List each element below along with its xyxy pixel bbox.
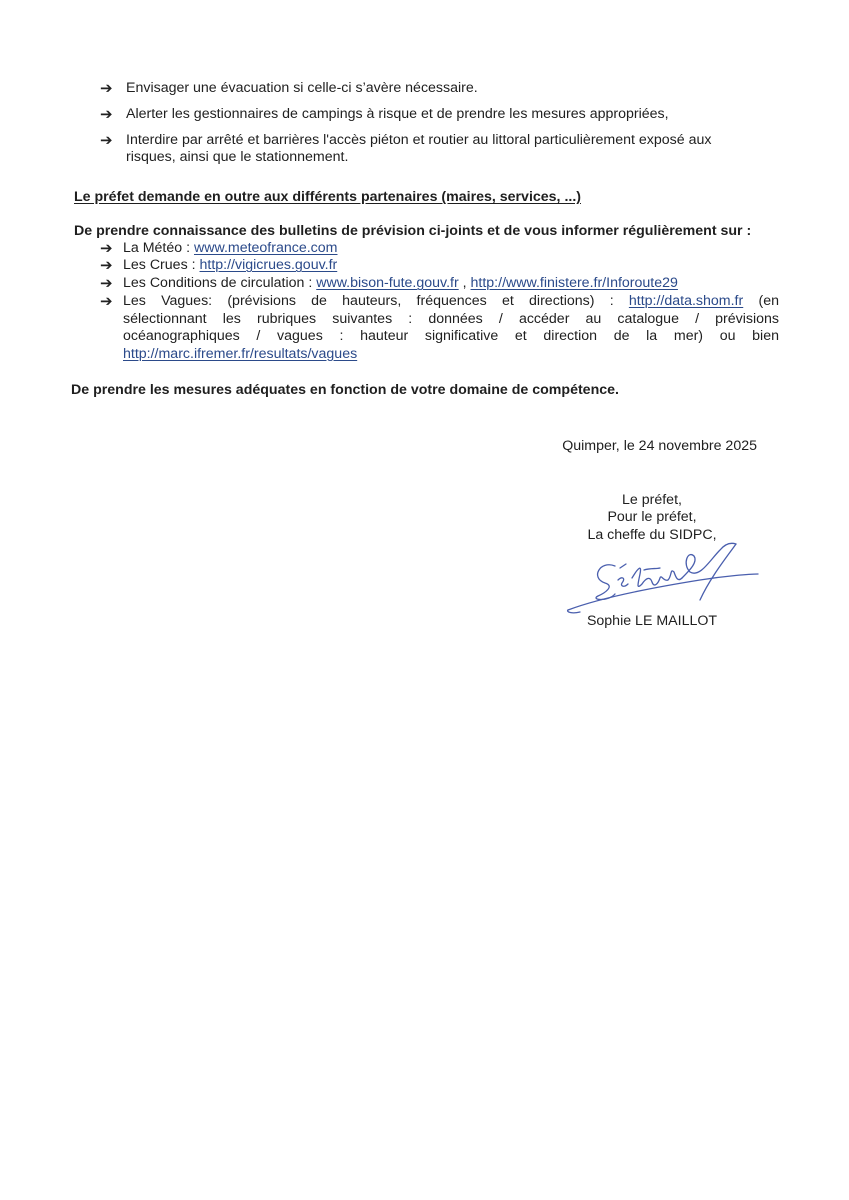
handwritten-signature (560, 538, 770, 618)
source-label: Les Conditions de circulation : (123, 275, 316, 291)
shom-link[interactable]: http://data.shom.fr (629, 293, 743, 309)
arrow-right-icon: ➔ (100, 240, 113, 257)
measure-item-continued: risques, ainsi que le stationnement. (126, 149, 348, 167)
measure-item: Envisager une évacuation si celle-ci s’a… (126, 80, 478, 98)
bison-fute-link[interactable]: www.bison-fute.gouv.fr (316, 275, 458, 291)
arrow-right-icon: ➔ (100, 106, 113, 123)
arrow-right-icon: ➔ (100, 275, 113, 292)
vagues-after-link: (en (758, 293, 779, 309)
arrow-right-icon: ➔ (100, 293, 113, 310)
vigicrues-link[interactable]: http://vigicrues.gouv.fr (200, 257, 338, 273)
meteofrance-link[interactable]: www.meteofrance.com (194, 240, 338, 256)
separator: , (459, 275, 471, 291)
source-crues: Les Crues : http://vigicrues.gouv.fr (123, 257, 337, 275)
info-intro: De prendre connaissance des bulletins de… (74, 223, 751, 241)
source-vagues: Les Vagues: (prévisions de hauteurs, fré… (123, 293, 779, 363)
arrow-right-icon: ➔ (100, 132, 113, 149)
partners-heading: Le préfet demande en outre aux différent… (74, 189, 581, 207)
arrow-right-icon: ➔ (100, 257, 113, 274)
inforoute29-link[interactable]: http://www.finistere.fr/Inforoute29 (471, 275, 678, 291)
source-circulation: Les Conditions de circulation : www.biso… (123, 275, 678, 293)
signature-title-1: Le préfet, (520, 492, 784, 510)
source-meteo: La Météo : www.meteofrance.com (123, 240, 338, 258)
measure-item: Interdire par arrêté et barrières l'accè… (126, 132, 711, 150)
signatory-name: Sophie LE MAILLOT (520, 613, 784, 631)
measure-item: Alerter les gestionnaires de campings à … (126, 106, 669, 124)
source-label: La Météo : (123, 240, 194, 256)
arrow-right-icon: ➔ (100, 80, 113, 97)
source-label: Les Crues : (123, 257, 200, 273)
vagues-line-3: océanographiques / vagues : hauteur sign… (123, 328, 779, 346)
vagues-line-2: sélectionnant les rubriques suivantes : … (123, 311, 779, 329)
source-label: Les Vagues: (prévisions de hauteurs, fré… (123, 293, 629, 309)
closing-instruction: De prendre les mesures adéquates en fonc… (71, 382, 619, 400)
ifremer-link[interactable]: http://marc.ifremer.fr/resultats/vagues (123, 346, 357, 362)
vagues-line-4: http://marc.ifremer.fr/resultats/vagues (123, 346, 779, 364)
signature-title-2: Pour le préfet, (520, 509, 784, 527)
vagues-line-1: Les Vagues: (prévisions de hauteurs, fré… (123, 293, 779, 311)
place-date: Quimper, le 24 novembre 2025 (562, 438, 757, 456)
